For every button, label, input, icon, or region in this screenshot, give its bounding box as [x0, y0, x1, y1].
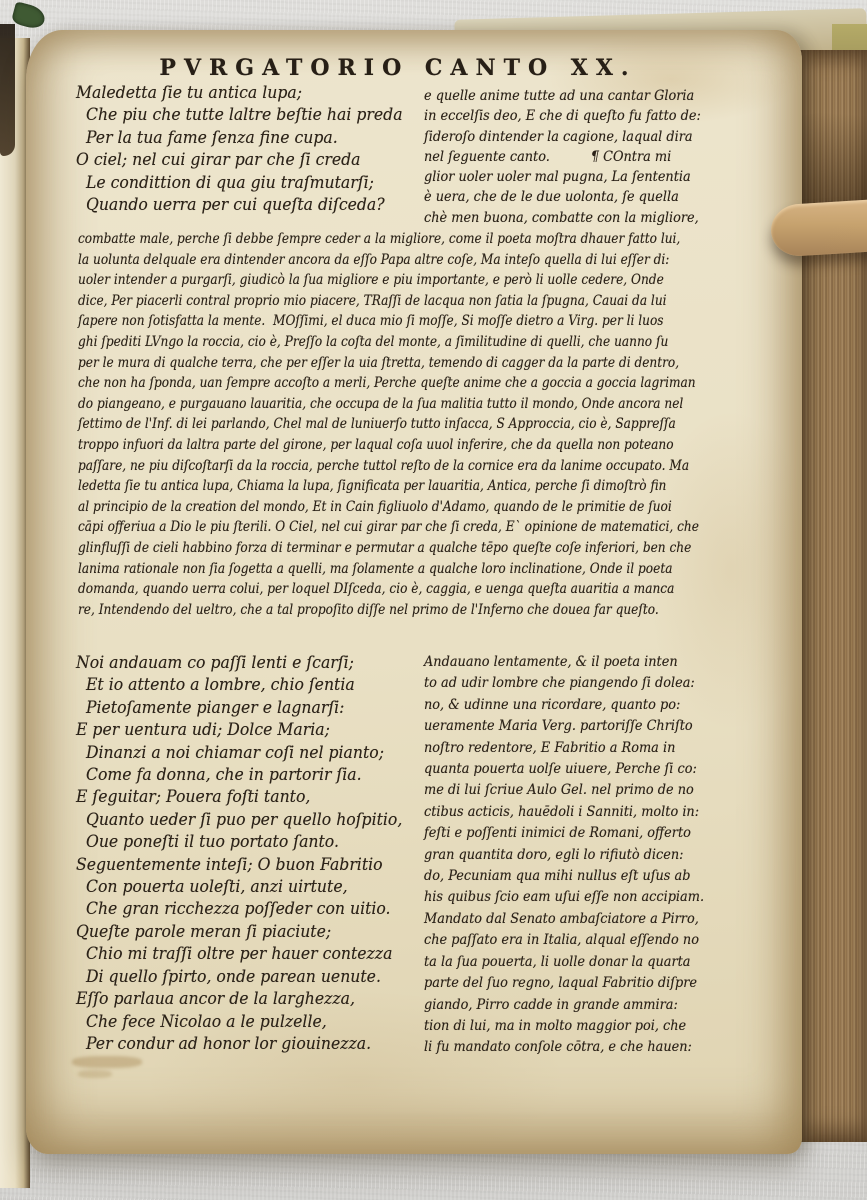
verse-line: Quanto ueder ſi puo per quello hoſpitio,: [76, 809, 418, 831]
commentary-block-full-width: combatte male, perche ſi debbe ſempre ce…: [78, 229, 719, 620]
commentary-line: cāpi offeriua a Dio le piu ſterili. O Ci…: [78, 517, 719, 538]
verse-line: Per la tua fame ſenza fine cupa.: [76, 127, 418, 149]
verse-line: Per condur ad honor lor giouinezza.: [76, 1033, 418, 1055]
verse-line: Noi andauam co paſſi lenti e ſcarſi;: [76, 652, 418, 674]
verse-line: Che gran ricchezza poſſeder con uitio.: [76, 898, 418, 920]
commentary-line: ſapere non ſotisfatta la mente. MOſſimi,…: [78, 311, 719, 332]
commentary-line: his quibus ſcio eam uſui eſſe non accipi…: [424, 887, 718, 908]
commentary-line: gran quantita doro, egli lo rifiutò dice…: [424, 845, 718, 866]
verse-line: O ciel; nel cui girar par che ſi creda: [76, 149, 418, 171]
verse-line: Con pouerta uoleſti, anzi uirtute,: [76, 876, 418, 898]
commentary-line: tion di lui, ma in molto maggior poi, ch…: [424, 1016, 718, 1037]
commentary-line: do piangeano, e purgauano lauaritia, che…: [78, 394, 719, 415]
commentary-line: glinfluſſi de cieli habbino forza di ter…: [78, 538, 719, 559]
commentary-line: troppo infuori da laltra parte del giron…: [78, 435, 719, 456]
book-gutter: [0, 24, 15, 156]
commentary-line: ta la ſua pouerta, li uolle donar la qua…: [424, 952, 718, 973]
verse-line: Queſte parole meran ſi piaciute;: [76, 921, 418, 943]
commentary-line: nel ſeguente canto. ¶ COntra mi: [424, 147, 718, 167]
verse-line: Seguentemente inteſi; O buon Fabritio: [76, 854, 418, 876]
verse-line: Chio mi traſſi oltre per hauer contezza: [76, 943, 418, 965]
verse-line: Oue poneſti il tuo portato ſanto.: [76, 831, 418, 853]
book-photograph: PVRGATORIO CANTO XX. Maledetta ſie tu an…: [0, 0, 867, 1200]
verse-line: Che piu che tutte laltre beſtie hai pred…: [76, 104, 418, 126]
commentary-line: to ad udir lombre che piangendo ſi dolea…: [424, 673, 718, 694]
commentary-line: no, & udinne una ricordare, quanto po:: [424, 695, 718, 716]
verse-line: Le condittion di qua giu traſmutarſi;: [76, 172, 418, 194]
verse-line: E per uentura udi; Dolce Maria;: [76, 719, 418, 741]
commentary-line: Andauano lentamente, & il poeta inten: [424, 652, 718, 673]
commentary-line: ghi ſpediti LVngo la roccia, cio è, Preſ…: [78, 332, 719, 353]
commentary-line: chè men buona, combatte con la migliore,: [424, 208, 718, 228]
commentary-line: do, Pecuniam qua mihi nullus eſt uſus ab: [424, 866, 718, 887]
commentary-line: ctibus acticis, hauēdoli i Sanniti, molt…: [424, 802, 718, 823]
commentary-line: quanta pouerta uolſe uiuere, Perche ſi c…: [424, 759, 718, 780]
verse-column-bottom: Noi andauam co paſſi lenti e ſcarſi; Et …: [76, 652, 418, 1055]
verse-line: Et io attento a lombre, chio ſentia: [76, 674, 418, 696]
ink-showthrough-mark: [72, 1056, 142, 1068]
running-title: PVRGATORIO CANTO XX.: [78, 55, 718, 81]
verse-line: Che fece Nicolao a le pulzelle,: [76, 1011, 418, 1033]
verse-line: Come fa donna, che in partorir ſia.: [76, 764, 418, 786]
verse-line: Di quello ſpirto, onde parean uenute.: [76, 966, 418, 988]
verse-column-top: Maledetta ſie tu antica lupa; Che piu ch…: [76, 82, 418, 216]
bookmark-ribbon: [11, 1, 48, 31]
commentary-line: feſti e poſſenti inimici de Romani, offe…: [424, 823, 718, 844]
commentary-line: glior uoler uoler mal pugna, La ſententi…: [424, 167, 718, 187]
commentary-line: ueramente Maria Verg. partoriſſe Chriſto: [424, 716, 718, 737]
commentary-line: uoler intender a purgarſi, giudicò la ſu…: [78, 270, 719, 291]
verse-line: Pietoſamente pianger e lagnarſi:: [76, 697, 418, 719]
commentary-line: la uolunta delquale era dintender ancora…: [78, 250, 719, 271]
verse-line: Maledetta ſie tu antica lupa;: [76, 82, 418, 104]
commentary-line: è uera, che de le due uolonta, ſe quella: [424, 187, 718, 207]
commentary-line: giando, Pirro cadde in grande ammira:: [424, 995, 718, 1016]
commentary-line: per le mura di qualche terra, che per eſ…: [78, 353, 719, 374]
commentary-line: dice, Per piacerli contral proprio mio p…: [78, 291, 719, 312]
commentary-line: parte del ſuo regno, laqual Fabritio diſ…: [424, 973, 718, 994]
commentary-line: ſettimo de l'Inf. di lei parlando, Chel …: [78, 414, 719, 435]
commentary-line: me di lui ſcriue Aulo Gel. nel primo de …: [424, 780, 718, 801]
commentary-line: Mandato dal Senato ambaſciatore a Pirro,: [424, 909, 718, 930]
commentary-column-bottom: Andauano lentamente, & il poeta intento …: [424, 652, 718, 1059]
commentary-line: che non ha ſponda, uan ſempre accoſto a …: [78, 373, 719, 394]
verse-line: Quando uerra per cui queſta diſceda?: [76, 194, 418, 216]
commentary-line: ſideroſo dintender la cagione, laqual di…: [424, 127, 718, 147]
commentary-line: al principio de la creation del mondo, E…: [78, 497, 719, 518]
commentary-line: paſſare, ne piu diſcoſtarſi da la roccia…: [78, 456, 719, 477]
commentary-line: lanima rationale non ſia ſogetta a quell…: [78, 559, 719, 580]
verse-line: Eſſo parlaua ancor de la larghezza,: [76, 988, 418, 1010]
commentary-line: combatte male, perche ſi debbe ſempre ce…: [78, 229, 719, 250]
commentary-column-top: e quelle anime tutte ad una cantar Glori…: [424, 86, 718, 228]
verse-line: Dinanzi a noi chiamar coſi nel pianto;: [76, 742, 418, 764]
commentary-line: e quelle anime tutte ad una cantar Glori…: [424, 86, 718, 106]
commentary-line: re, Intendendo del ueltro, che a tal pro…: [78, 600, 719, 621]
commentary-line: ledetta ſie tu antica lupa, Chiama la lu…: [78, 476, 719, 497]
commentary-line: che paſſato era in Italia, alqual eſſend…: [424, 930, 718, 951]
wooden-page-holder: [770, 198, 867, 257]
verse-line: E ſeguitar; Pouera foſti tanto,: [76, 786, 418, 808]
book-page: PVRGATORIO CANTO XX. Maledetta ſie tu an…: [26, 30, 802, 1154]
commentary-line: li fu mandato conſole cōtra, e che hauen…: [424, 1037, 718, 1058]
ink-showthrough-mark: [78, 1070, 112, 1078]
commentary-line: domanda, quando uerra colui, per loquel …: [78, 579, 719, 600]
commentary-line: in eccelſis deo, E che di queſto fu fatt…: [424, 106, 718, 126]
commentary-line: noſtro redentore, E Fabritio a Roma in: [424, 738, 718, 759]
